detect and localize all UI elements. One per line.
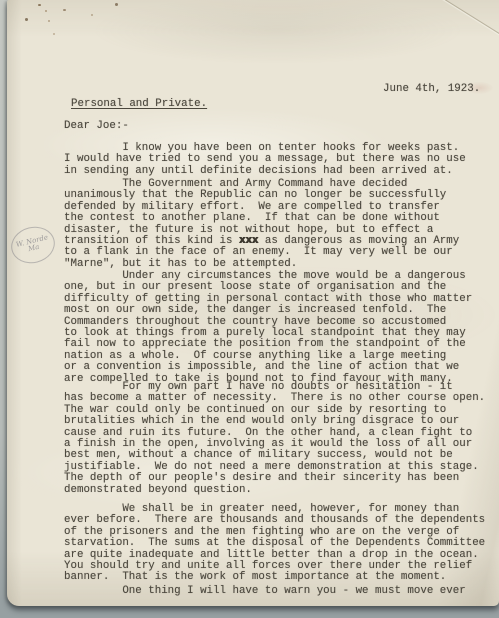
- overstrike-mark: xxx: [239, 236, 258, 247]
- foxing-speck: [115, 3, 118, 6]
- margin-annotation-line1: W. Norde: [15, 234, 49, 249]
- paragraph: We shall be in greater need, however, fo…: [64, 504, 485, 584]
- paragraph: Under any circumstances the move would b…: [64, 271, 472, 385]
- classification-heading: Personal and Private.: [71, 99, 207, 110]
- paragraph: I know you have been on tenter hooks for…: [64, 143, 466, 177]
- letter-page: June 4th, 1923. Personal and Private. De…: [7, 0, 499, 606]
- foxing-speck: [48, 20, 50, 22]
- foxing-speck: [53, 33, 55, 35]
- salutation: Dear Joe:-: [64, 121, 129, 132]
- foxing-speck: [63, 9, 66, 11]
- foxing-speck: [45, 10, 47, 12]
- margin-annotation-line2: Ma: [27, 244, 40, 254]
- foxing-speck: [25, 18, 28, 21]
- margin-annotation-stamp: W. Norde Ma: [7, 222, 58, 268]
- foxing-speck: [91, 14, 93, 16]
- paragraph: For my own part I have no doubts or hesi…: [64, 382, 485, 496]
- scanned-letter-screenshot: June 4th, 1923. Personal and Private. De…: [0, 0, 499, 618]
- paragraph: The Government and Army Command have dec…: [64, 179, 459, 270]
- foxing-speck: [38, 4, 41, 6]
- letter-date: June 4th, 1923.: [383, 84, 480, 95]
- paper-crease: [442, 0, 499, 35]
- paragraph: One thing I will have to warn you - we m…: [64, 586, 466, 597]
